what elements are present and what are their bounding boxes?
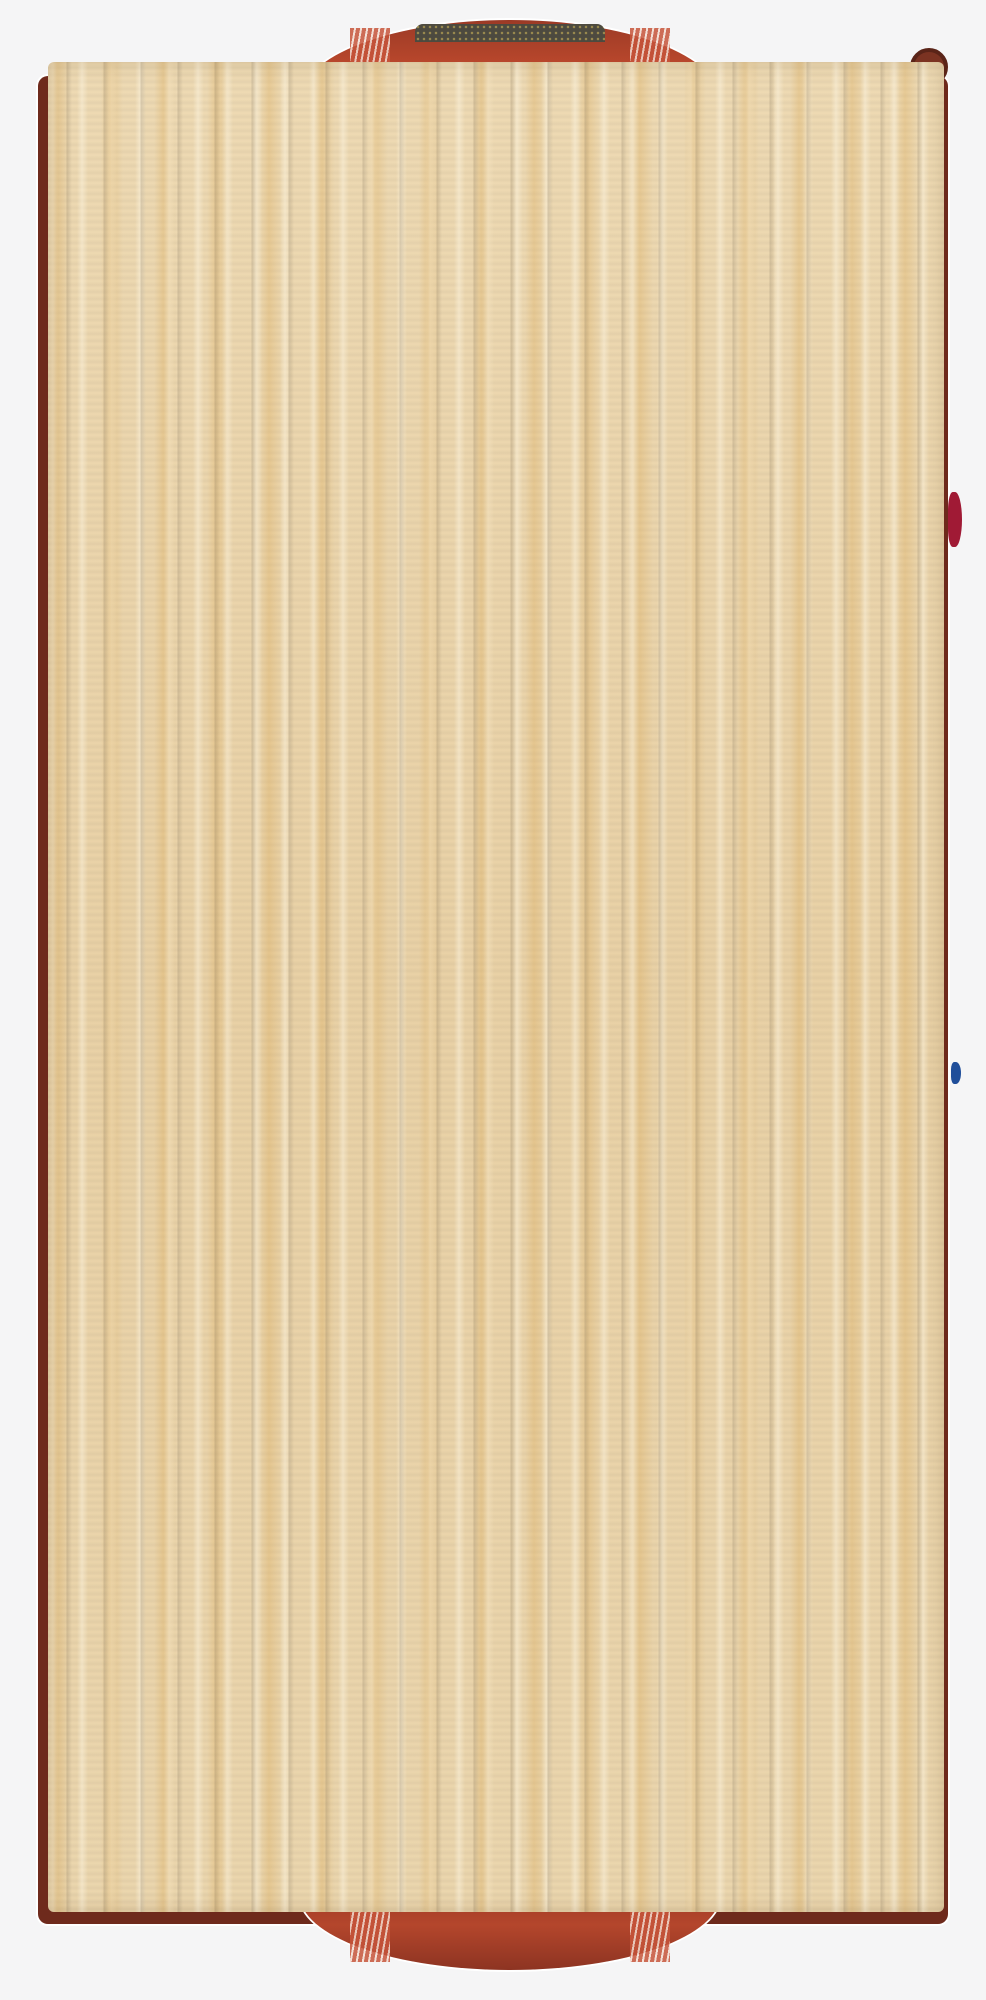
product-photo [0,0,986,2000]
red-tassel [948,492,962,547]
blue-tassel [951,1062,961,1084]
embroidered-band [415,24,605,42]
wool-rug-surface [48,62,944,1912]
